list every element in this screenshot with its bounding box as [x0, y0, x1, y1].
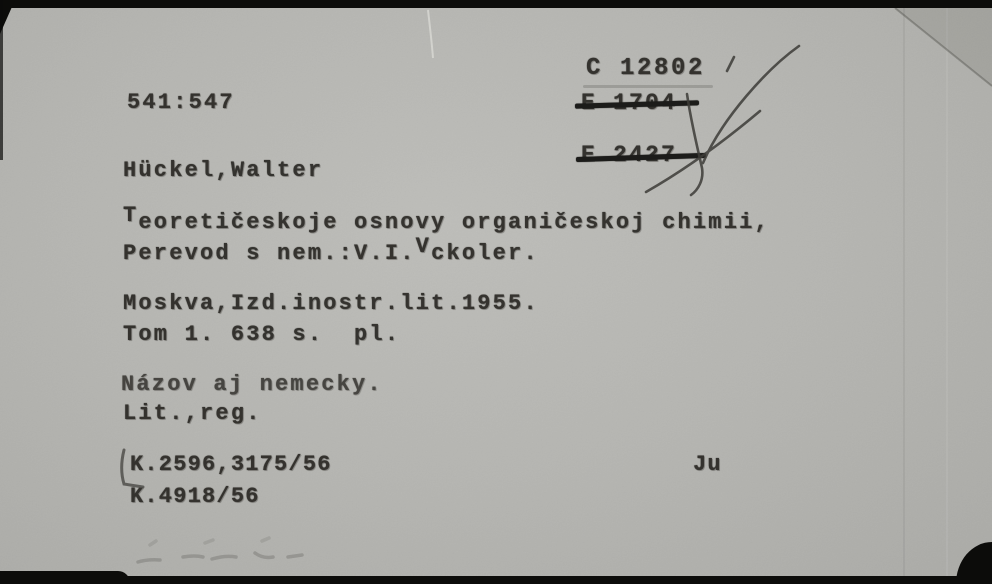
title-text: eoretičeskoje osnovy organičeskoj chimii… — [138, 210, 770, 235]
translator-raised-initial: V — [416, 234, 431, 259]
translation-line: Perevod s nem.:V.I.Vckoler. — [123, 241, 539, 266]
corner-crease-line — [895, 8, 992, 86]
reference-note-line: Lit.,reg. — [123, 401, 262, 426]
accession-number-1: K.2596,3175/56 — [130, 452, 332, 477]
bottom-right-corner-shadow — [956, 542, 992, 584]
translator-name: ckoler. — [431, 241, 539, 266]
top-scan-edge — [0, 0, 992, 8]
pencil-scribbles — [138, 538, 302, 562]
title-raised-initial: T — [123, 203, 138, 228]
collation-line: Tom 1. 638 s. pl. — [123, 322, 400, 347]
classification-number: 541:547 — [127, 90, 235, 115]
author-line: Hückel,Walter — [123, 158, 323, 183]
accession-number-2: K.4918/56 — [130, 484, 260, 509]
translation-text: Perevod s nem.:V.I. — [123, 241, 416, 266]
paper-scratch — [428, 10, 433, 58]
librarian-initials: Ju — [693, 452, 722, 477]
bottom-left-corner-shadow — [0, 571, 130, 584]
catalog-card-scan: 541:547 C 12802 E 1704 E 2427 Hückel,Wal… — [0, 0, 992, 584]
shelf-mark-underline — [583, 85, 713, 88]
scan-streak — [946, 0, 948, 584]
shelf-mark: C 12802 — [586, 55, 705, 82]
bottom-scan-edge — [0, 576, 992, 584]
scan-streak — [903, 0, 905, 584]
title-line: Teoretičeskoje osnovy organičeskoj chimi… — [123, 210, 770, 235]
left-scan-edge — [0, 0, 3, 160]
corner-crease-shade — [895, 8, 992, 86]
imprint-line: Moskva,Izd.inostr.lit.1955. — [123, 291, 539, 316]
language-note-line: Názov aj nemecky. — [121, 372, 383, 397]
